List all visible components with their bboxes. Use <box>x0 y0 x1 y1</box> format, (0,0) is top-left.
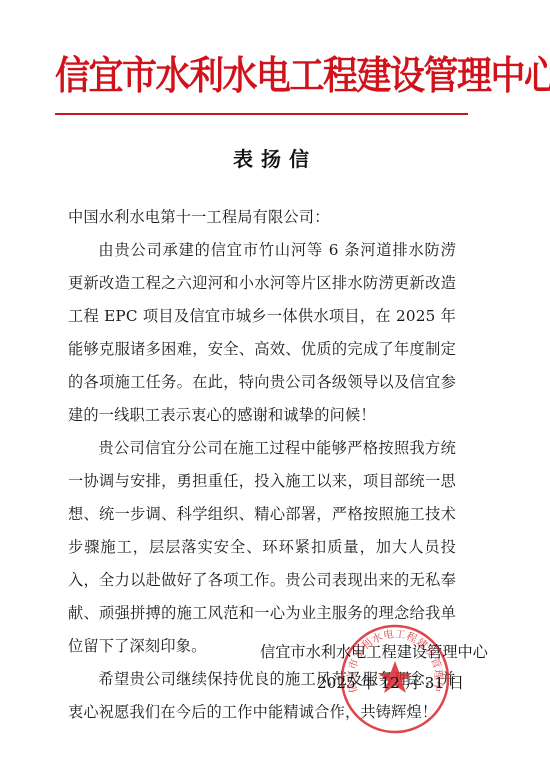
letter-page: 信宜市水利水电工程建设管理中心 表扬信 中国水利水电第十一工程局有限公司： 由贵… <box>0 0 550 777</box>
document-title: 表扬信 <box>0 143 550 172</box>
letterhead-divider <box>55 113 468 115</box>
letterhead-organization: 信宜市水利水电工程建设管理中心 <box>55 52 495 101</box>
signature-organization: 信宜市水利水电工程建设管理中心 <box>260 641 488 662</box>
salutation: 中国水利水电第十一工程局有限公司： <box>68 201 456 234</box>
paragraph-1: 由贵公司承建的信宜市竹山河等 6 条河道排水防涝更新改造工程之六迎河和小水河等片… <box>68 234 456 432</box>
signature-date: 2025 年 12 月 31 日 <box>317 672 464 693</box>
